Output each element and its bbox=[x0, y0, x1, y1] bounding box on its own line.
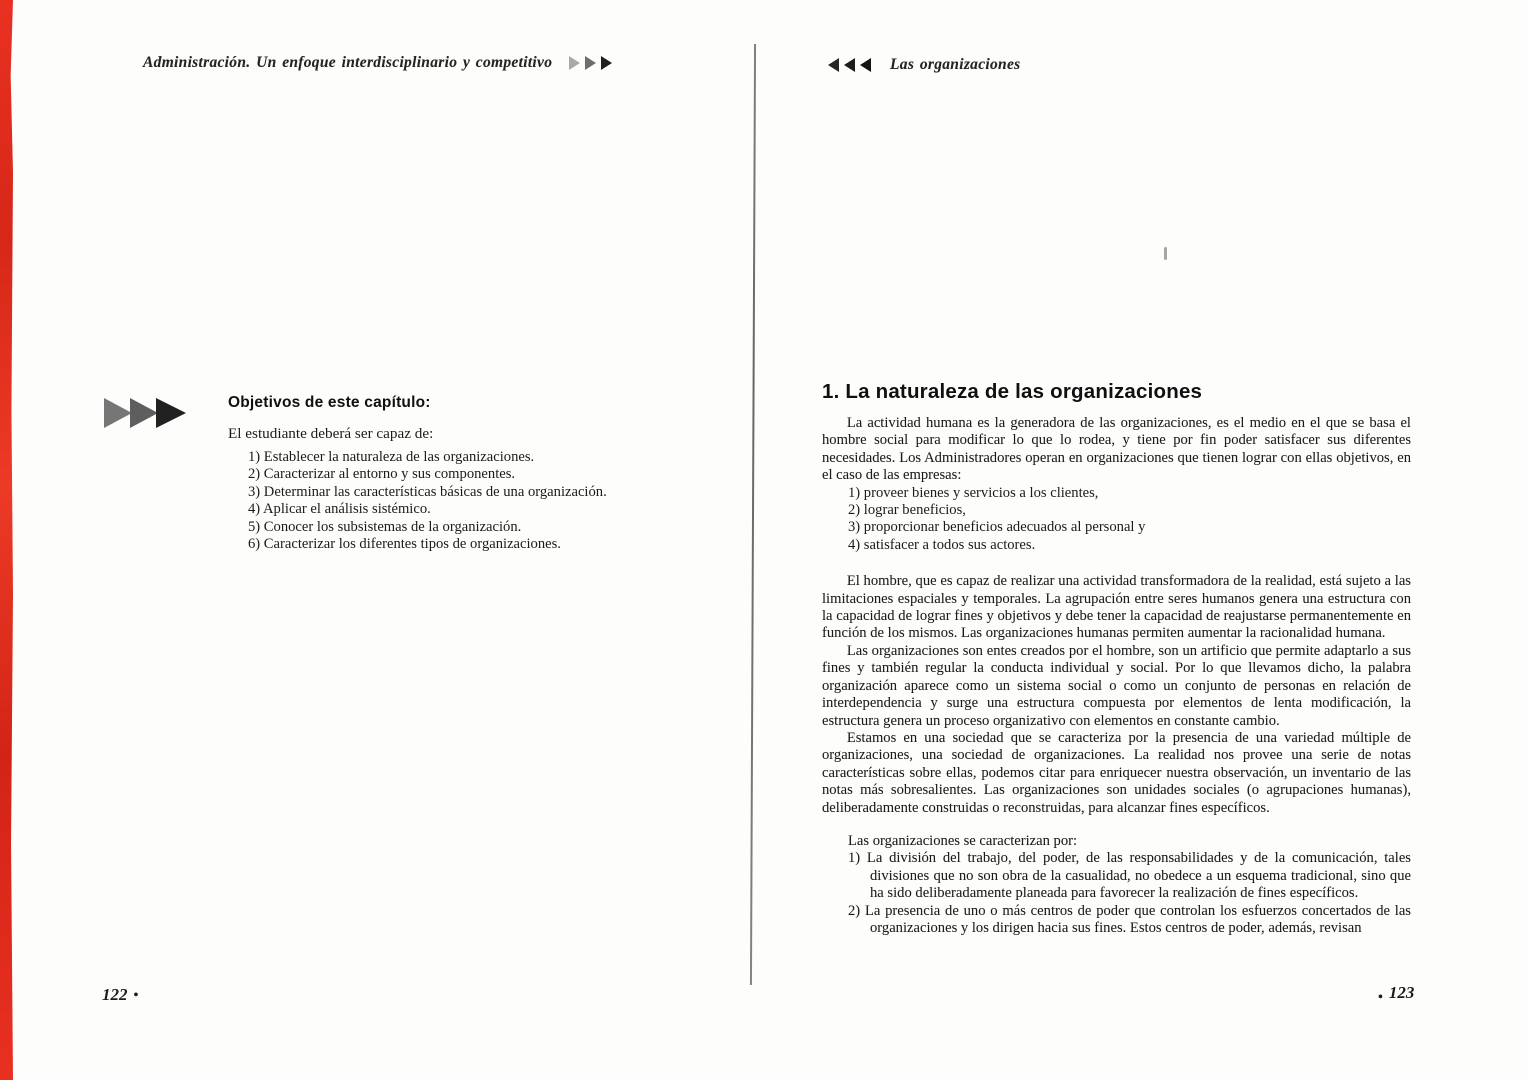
list-item: 3) Determinar las características básica… bbox=[248, 484, 676, 501]
list-item: 4) Aplicar el análisis sistémico. bbox=[248, 501, 676, 518]
characteristics-intro: Las organizaciones se caracterizan por: bbox=[848, 833, 1411, 850]
goals-list: 1) proveer bienes y servicios a los clie… bbox=[822, 485, 1411, 555]
right-running-head: Las organizaciones bbox=[828, 56, 1020, 74]
paragraph: Estamos en una sociedad que se caracteri… bbox=[822, 730, 1411, 817]
list-item: 4) satisfacer a todos sus actores. bbox=[848, 537, 1411, 554]
page-number-value: 122 bbox=[102, 985, 128, 1004]
page-number-value: 123 bbox=[1389, 983, 1415, 1002]
left-page-number: 122• bbox=[102, 985, 138, 1005]
list-item: 3) proporcionar beneficios adecuados al … bbox=[848, 519, 1411, 536]
right-page-number: •123 bbox=[1378, 983, 1414, 1003]
characteristics-list: 1) La división del trabajo, del poder, d… bbox=[822, 850, 1411, 937]
list-item: 2) La presencia de uno o más centros de … bbox=[848, 903, 1411, 938]
back-triangles-icon bbox=[828, 58, 876, 72]
list-item: 1) Establecer la naturaleza de las organ… bbox=[248, 449, 676, 466]
triangle-right-icon bbox=[569, 56, 580, 70]
right-running-head-title: Las organizaciones bbox=[890, 56, 1020, 74]
left-running-head: Administración. Un enfoque interdiscipli… bbox=[143, 54, 612, 72]
paragraph: Las organizaciones son entes creados por… bbox=[822, 643, 1411, 730]
triangle-left-icon bbox=[828, 58, 839, 72]
chapter-marker-icon bbox=[104, 398, 184, 428]
objectives-block: Objetivos de este capítulo: El estudiant… bbox=[228, 394, 676, 553]
objectives-list: 1) Establecer la naturaleza de las organ… bbox=[228, 449, 676, 553]
triangle-left-icon bbox=[860, 58, 871, 72]
scan-stray-mark bbox=[1164, 247, 1167, 260]
page-gutter-divider bbox=[750, 44, 756, 985]
triangle-right-icon bbox=[104, 398, 132, 428]
paragraph: La actividad humana es la generadora de … bbox=[822, 415, 1411, 485]
triangle-left-icon bbox=[844, 58, 855, 72]
folio-dot-icon: • bbox=[1378, 990, 1383, 1005]
list-item: 1) La división del trabajo, del poder, d… bbox=[848, 850, 1411, 902]
triangle-right-icon bbox=[130, 398, 158, 428]
body-text-column: 1. La naturaleza de las organizaciones L… bbox=[822, 380, 1411, 937]
list-item: 5) Conocer los subsistemas de la organiz… bbox=[248, 519, 676, 536]
section-title: 1. La naturaleza de las organizaciones bbox=[822, 380, 1411, 404]
triangle-right-icon bbox=[585, 56, 596, 70]
list-item: 6) Caracterizar los diferentes tipos de … bbox=[248, 536, 676, 553]
triangle-right-icon bbox=[601, 56, 612, 70]
forward-triangles-icon bbox=[564, 56, 612, 70]
book-edge-red-strip bbox=[0, 0, 13, 1080]
left-running-head-title: Administración. Un enfoque interdiscipli… bbox=[143, 54, 552, 72]
objectives-heading: Objetivos de este capítulo: bbox=[228, 394, 676, 412]
characteristics-block: Las organizaciones se caracterizan por: … bbox=[822, 833, 1411, 937]
paragraph: El hombre, que es capaz de realizar una … bbox=[822, 573, 1411, 643]
list-item: 2) lograr beneficios, bbox=[848, 502, 1411, 519]
objectives-intro: El estudiante deberá ser capaz de: bbox=[228, 425, 676, 443]
triangle-right-icon bbox=[156, 398, 186, 428]
list-item: 2) Caracterizar al entorno y sus compone… bbox=[248, 466, 676, 483]
folio-dot-icon: • bbox=[134, 988, 139, 1003]
list-item: 1) proveer bienes y servicios a los clie… bbox=[848, 485, 1411, 502]
